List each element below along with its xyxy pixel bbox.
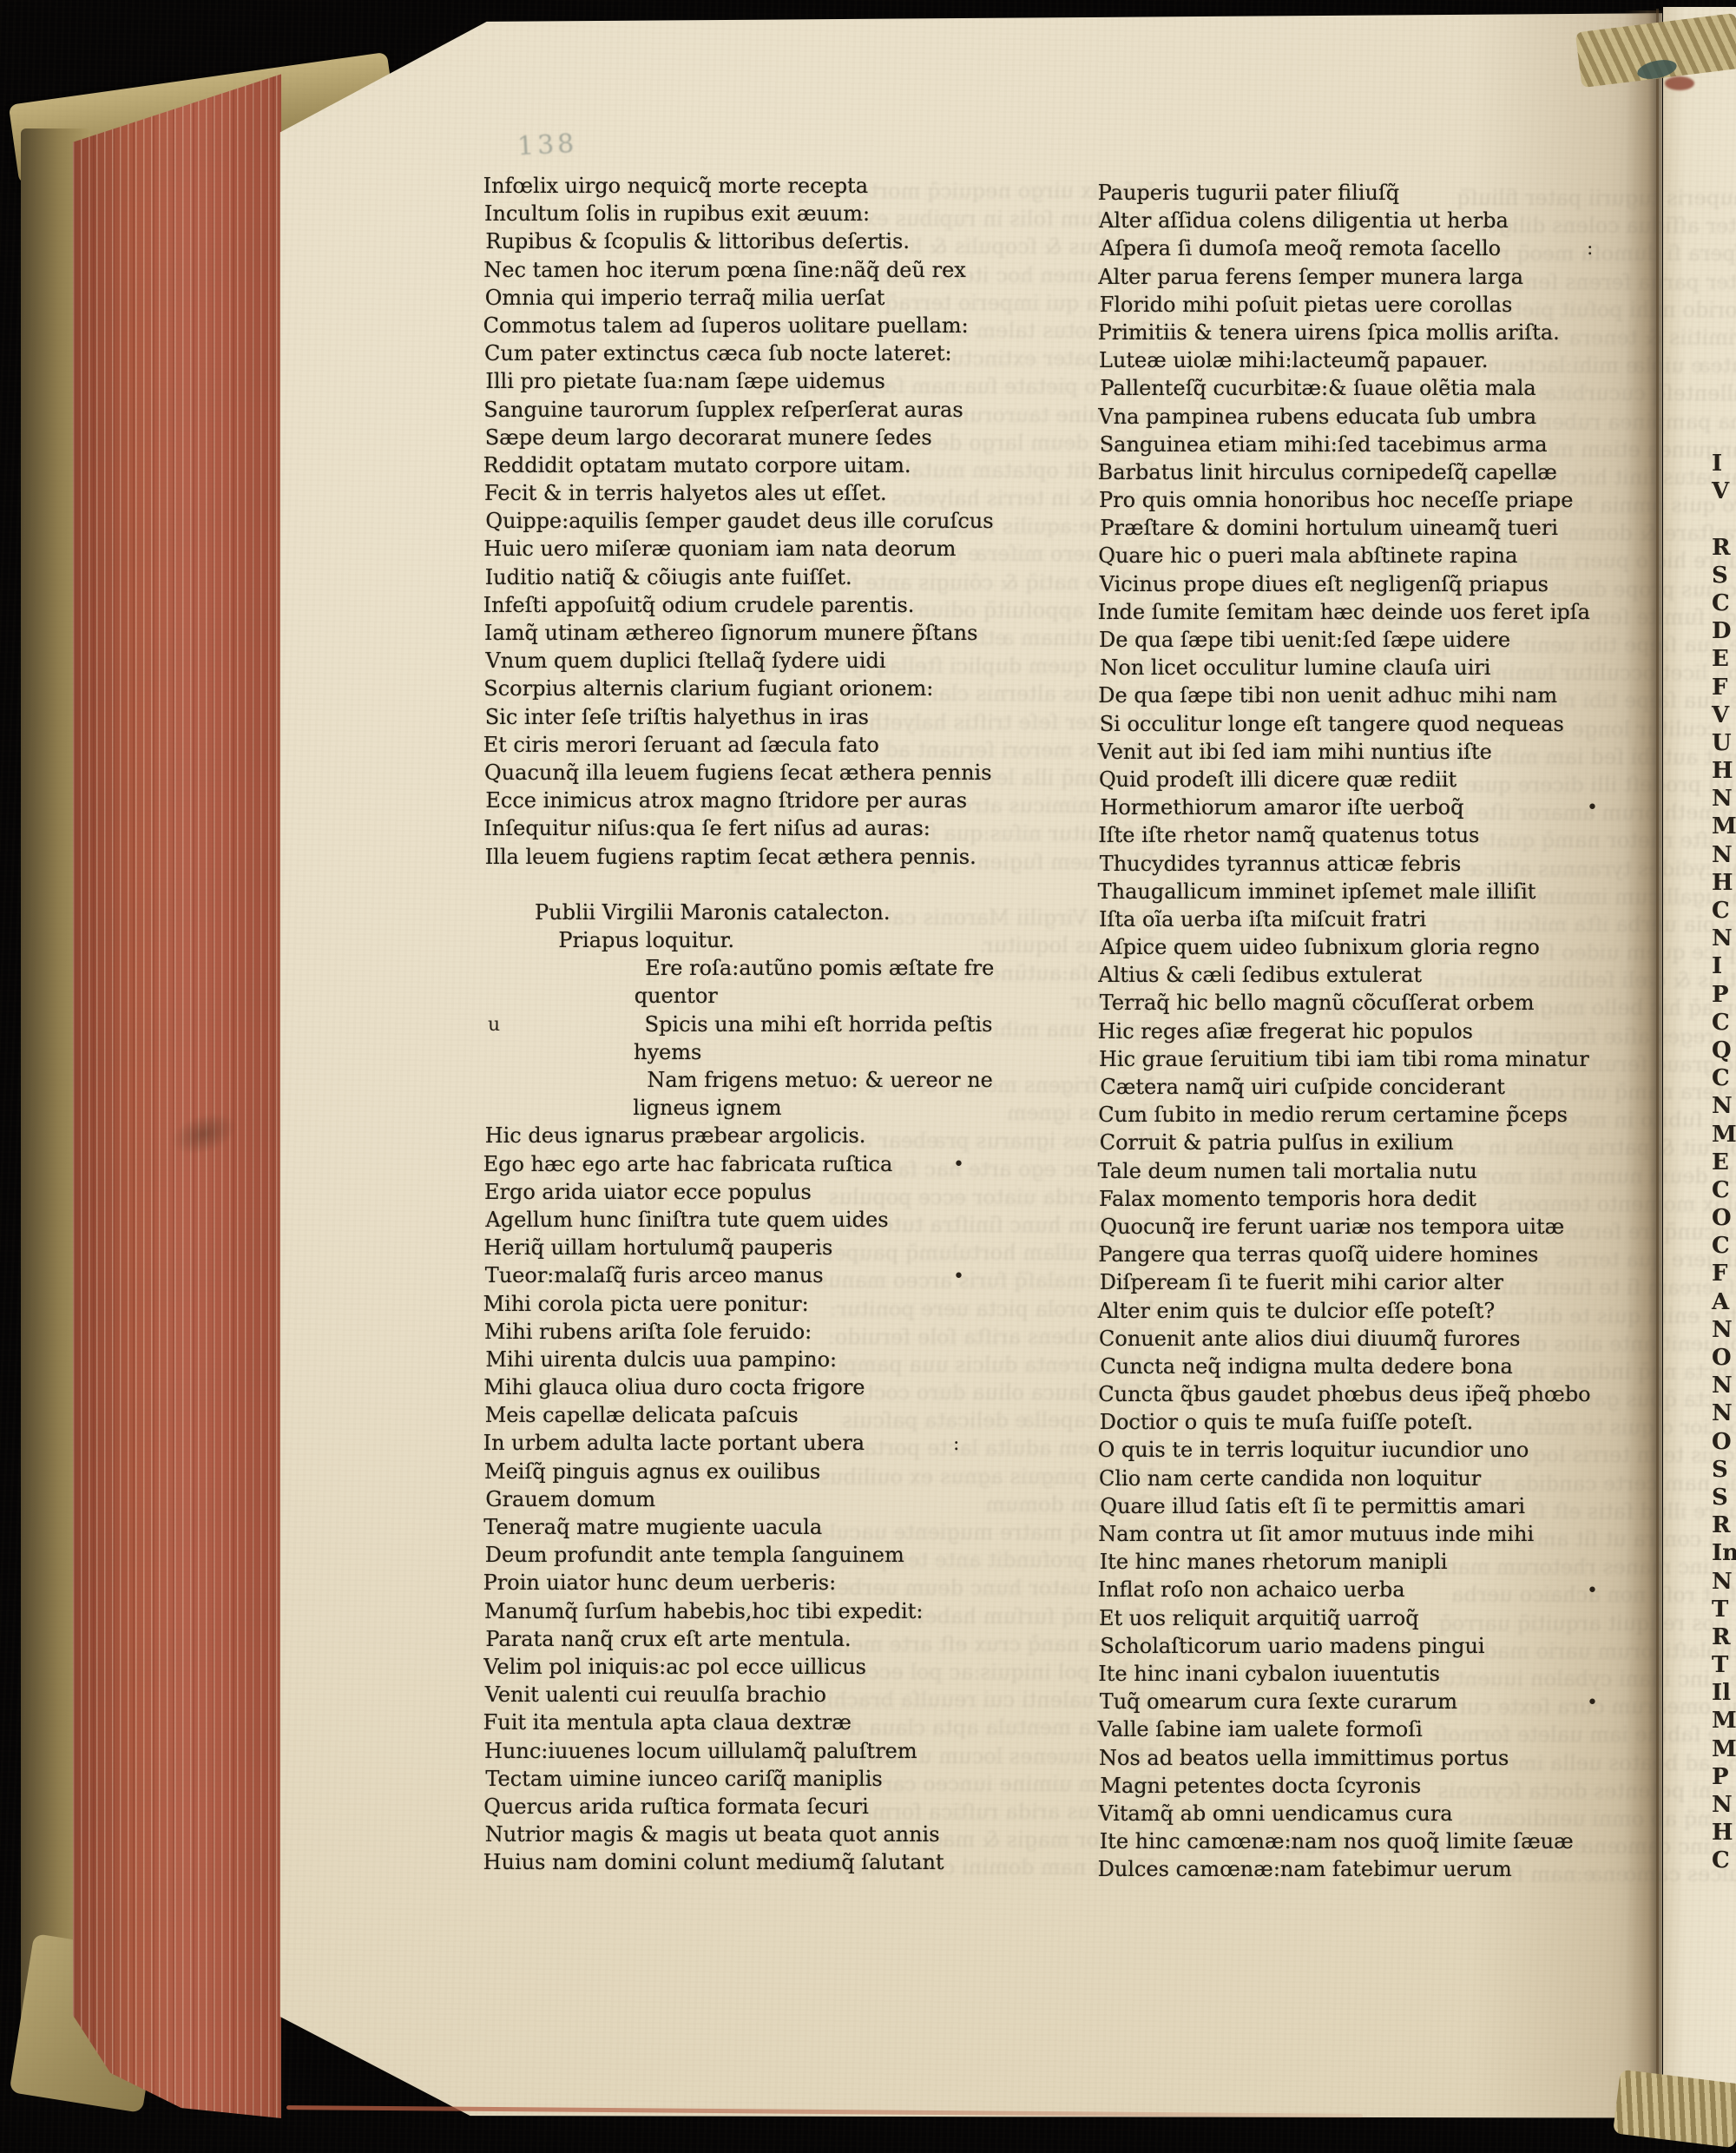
verse-line: Mihi glauca oliua duro cocta frigore <box>483 1373 1043 1401</box>
verse-line: Alter parua ferens ſemper munera larga <box>1098 263 1647 291</box>
verse-line: Alter aſſidua colens diligentia ut herba <box>1099 207 1647 234</box>
verse-line: Mihi rubens ariſta ſole feruido: <box>484 1318 1044 1346</box>
verse-line: Infeſti appoſuitq̃ odium crudele parenti… <box>483 591 1043 619</box>
verse-line: Quippe:aquilis ſemper gaudet deus ille c… <box>485 507 1045 535</box>
verse-line: Pro quis omnia honoribus hoc neceſſe pri… <box>1099 486 1647 514</box>
verse-line: Velim pol iniquis:ac pol ecce uillicus <box>483 1653 1043 1681</box>
cut-off-letter: O <box>1712 1428 1736 1456</box>
cut-off-letter: N <box>1712 1399 1736 1427</box>
verse-line: Mihi uirenta dulcis uua pampino: <box>485 1346 1045 1373</box>
gutter-crease <box>1656 9 1659 2127</box>
cut-off-letter: E <box>1712 1149 1736 1176</box>
verse-line: Inde ſumite ſemitam hæc deinde uos feret… <box>1098 598 1647 626</box>
verse-line: Ere roſa:autũno pomis æſtate fre <box>483 954 1043 982</box>
verse-line: Magni petentes docta ſcyronis <box>1100 1772 1648 1800</box>
verse-line: Hormethiorum amaror iſte uerboq̃ <box>1100 793 1648 821</box>
cut-off-letter <box>1712 505 1736 533</box>
verse-line: Nos ad beatos uella immittimus portus <box>1099 1744 1647 1772</box>
verse-line: Quacunq̃ illa leuem fugiens ſecat æthera… <box>484 759 1044 787</box>
verse-line: Tuq̃ omearum cura ſexte curarum <box>1100 1688 1648 1715</box>
verse-line: Sæpe deum largo decorarat munere ſedes <box>485 424 1045 451</box>
margin-mark: u <box>488 1014 500 1036</box>
verse-line: Pangere qua terras quoſq̃ uidere homines <box>1098 1241 1647 1268</box>
verse-line: Ite hinc inani cybalon iuuentutis <box>1098 1660 1647 1688</box>
verse-line: Ite hinc camœnæ:nam nos quoq̃ limite ſæu… <box>1100 1827 1648 1855</box>
verse-line: Et ciris merori ſeruant ad ſæcula fato <box>483 731 1043 759</box>
verse-line: Si occulitur longe eſt tangere quod nequ… <box>1100 710 1648 738</box>
cut-off-letter: I <box>1712 952 1736 980</box>
verse-line: Cætera namq̃ uiri cuſpide conciderant <box>1100 1073 1648 1101</box>
verse-line: Ecce inimicus atrox magno ſtridore per a… <box>485 787 1045 814</box>
verse-line: Quid prodeſt illi dicere quæ rediit <box>1099 766 1647 793</box>
verse-line: Ergo arida uiator ecce populus <box>484 1178 1044 1206</box>
verse-line: Ite hinc manes rhetorum manipli <box>1100 1548 1648 1576</box>
verse-line: Cuncta neq̃ indigna multa dedere bona <box>1100 1353 1648 1380</box>
verse-line: Sic inter ſeſe triſtis halyethus in iras <box>485 703 1045 731</box>
verse-line: Cum ſubito in medio rerum certamine p̃ce… <box>1098 1101 1647 1129</box>
verse-line: Quare illud ſatis eſt ſi te permittis am… <box>1100 1492 1648 1520</box>
verse-line: Non licet occulitur lumine clauſa uiri <box>1100 654 1648 681</box>
cut-off-letter: P <box>1712 981 1736 1009</box>
margin-mark: • <box>953 1266 964 1287</box>
cut-off-letter: R <box>1712 534 1736 562</box>
cut-off-letter: S <box>1712 1456 1736 1484</box>
verse-line: hyems <box>484 1038 1044 1066</box>
heading-line: Publii Virgilii Maronis catalecton. <box>484 899 1044 926</box>
verse-line: Tale deum numen tali mortalia nutu <box>1098 1157 1647 1185</box>
margin-mark: : <box>953 1433 959 1455</box>
verse-line: Hic graue ſeruitium tibi iam tibi roma m… <box>1099 1045 1647 1073</box>
cut-off-letter: T <box>1712 1651 1736 1679</box>
verse-line: Venit ualenti cui reuulſa brachio <box>485 1681 1045 1709</box>
verse-line: Huius nam domini colunt mediumq̃ ſalutan… <box>483 1848 1043 1876</box>
verse-line: Scholaſticorum uario madens pingui <box>1100 1632 1648 1660</box>
next-page-edge-letters: IVRSCDEFVUHNMNHCNIPCQCNMECOCFANONNOSSRIn… <box>1712 450 1736 1875</box>
verse-line: Proin uiator hunc deum uerberis: <box>483 1569 1043 1597</box>
verse-line: Pallenteſq̃ cucurbitæ:& ſuaue olẽtia mal… <box>1100 374 1648 402</box>
verse-line: Sanguine taurorum ſupplex reſperſerat au… <box>483 396 1043 424</box>
cut-off-letter: Q <box>1712 1037 1736 1064</box>
cut-off-letter: V <box>1712 701 1736 729</box>
verse-line: Incultum ſolis in rupibus exit æuum: <box>484 200 1044 227</box>
verse-line: ligneus ignem <box>483 1094 1043 1122</box>
verse-line: Luteæ uiolæ mihi:lacteumq̃ papauer. <box>1099 346 1647 374</box>
cut-off-letter: C <box>1712 1232 1736 1260</box>
verse-line: Quercus arida ruſtica formata ſecuri <box>483 1793 1043 1821</box>
verse-line: Aſpera ſi dumoſa meoq̃ remota ſacello <box>1100 234 1648 262</box>
verse-line: Scorpius alternis clarium fugiant orione… <box>483 675 1043 702</box>
verse-line: O quis te in terris loquitur iucundior u… <box>1098 1436 1647 1464</box>
book-photo: 138 Infœlix uirgo nequicq̃ morte recepta… <box>0 0 1736 2153</box>
verse-line: Præſtare & domini hortulum uineamq̃ tuer… <box>1100 514 1648 542</box>
margin-mark: • <box>953 1154 964 1175</box>
cut-off-letter: C <box>1712 1176 1736 1204</box>
verse-line: Vicinus prope diues eſt negligenſq̃ pria… <box>1100 570 1648 598</box>
verse-line: Thaugallicum imminet ipſemet male illiſi… <box>1098 878 1647 905</box>
margin-mark: • <box>1587 1692 1598 1714</box>
cut-off-letter: M <box>1712 1735 1736 1763</box>
verse-line: Nec tamen hoc iterum pœna ſine:nãq̃ deũ … <box>483 256 1043 284</box>
cut-off-letter: E <box>1712 645 1736 673</box>
cut-off-letter: I <box>1712 450 1736 477</box>
verse-line: Valle ſabine iam ualete formoſi <box>1098 1715 1647 1743</box>
cut-off-letter: C <box>1712 589 1736 617</box>
cut-off-letter: F <box>1712 1260 1736 1287</box>
verse-line: Grauem domum <box>485 1485 1045 1513</box>
verse-line: Heriq̃ uillam hortulumq̃ pauperis <box>483 1234 1043 1261</box>
verse-line: Quare hic o pueri mala abſtinete rapina <box>1098 542 1647 570</box>
verse-line: Florido mihi poſuit pietas uere corollas <box>1100 291 1648 319</box>
cut-off-letter: N <box>1712 785 1736 813</box>
verse-line: Huic uero miſeræ quoniam iam nata deorum <box>483 535 1043 563</box>
cut-off-letter: Il <box>1712 1679 1736 1707</box>
margin-mark: • <box>1587 1580 1598 1602</box>
cut-off-letter: N <box>1712 925 1736 952</box>
cut-off-letter: F <box>1712 674 1736 701</box>
verse-line: Quocunq̃ ire ferunt uariæ nos tempora ui… <box>1100 1213 1648 1241</box>
cut-off-letter: H <box>1712 869 1736 897</box>
verse-line: Iſte iſte rhetor namq̃ quatenus totus <box>1098 821 1647 849</box>
cut-off-letter: H <box>1712 1819 1736 1847</box>
verse-line: Omnia qui imperio terraq̃ milia uerſat <box>485 284 1045 312</box>
verse-line: Inflat roſo non achaico uerba <box>1098 1576 1647 1603</box>
verse-line: Rupibus & ſcopulis & littoribus deſertis… <box>485 227 1045 255</box>
cut-off-letter: In <box>1712 1539 1736 1567</box>
cut-off-letter: R <box>1712 1623 1736 1651</box>
verse-line: Spicis una mihi eſt horrida peſtis <box>483 1011 1043 1038</box>
verse-line: Terraq̃ hic bello magnũ cõcuſſerat orbem <box>1100 989 1648 1017</box>
verse-line: Hic deus ignarus præbear argolicis. <box>485 1122 1045 1149</box>
cut-off-letter: N <box>1712 841 1736 869</box>
verse-line: Meis capellæ delicata paſcuis <box>485 1401 1045 1429</box>
verse-line: Infœlix uirgo nequicq̃ morte recepta <box>483 172 1043 200</box>
verse-line: Iuditio natiq̃ & cõiugis ante fuiſſet. <box>485 563 1045 591</box>
fore-edge-pages <box>73 56 281 2118</box>
verse-line: Hunc:iuuenes locum uillulamq̃ paluſtrem <box>484 1737 1044 1765</box>
verse-line: Corruit & patria pulſus in exilium <box>1100 1129 1648 1156</box>
verse-line: Thucydides tyrannus atticæ febris <box>1100 850 1648 878</box>
verse-line: Vnum quem duplici ſtellaq̃ ſydere uidi <box>485 647 1045 675</box>
verse-line: Deum profundit ante templa ſanguinem <box>485 1541 1045 1569</box>
pencil-folio-number: 138 <box>516 128 578 162</box>
verse-line: Cuncta q̃bus gaudet phœbus deus ip̃eq̃ p… <box>1098 1380 1647 1408</box>
verse-line: quentor <box>485 982 1045 1010</box>
verse-line: Mihi corola picta uere ponitur: <box>483 1290 1043 1318</box>
verse-line: Illa leuem fugiens raptim ſecat æthera p… <box>485 843 1045 871</box>
verse-line: Inſequitur niſus:qua ſe fert niſus ad au… <box>483 814 1043 842</box>
cut-off-letter: S <box>1712 562 1736 589</box>
right-text-column: Pauperis tugurii pater filiuſq̃Alter aſſ… <box>1099 179 1647 1883</box>
verse-line: Sanguinea etiam mihi:ſed tacebimus arma <box>1100 431 1648 458</box>
cut-off-letter: A <box>1712 1288 1736 1316</box>
cut-off-letter: N <box>1712 1372 1736 1399</box>
verse-line: Illi pro pietate ſua:nam ſæpe uidemus <box>485 367 1045 395</box>
cut-off-letter: P <box>1712 1763 1736 1791</box>
verse-line: Iamq̃ utinam æthereo ſignorum munere p̃ſ… <box>484 619 1044 647</box>
cut-off-letter: U <box>1712 729 1736 757</box>
cut-off-letter: N <box>1712 1092 1736 1120</box>
cut-off-letter: M <box>1712 1121 1736 1149</box>
verse-line: Vna pampinea rubens educata ſub umbra <box>1098 403 1647 431</box>
cut-off-letter: R <box>1712 1511 1736 1539</box>
verse-line: Meiſq̃ pinguis agnus ex ouilibus <box>484 1458 1044 1485</box>
verse-line: Altius & cæli ſedibus extulerat <box>1098 961 1647 989</box>
cut-off-letter: C <box>1712 1064 1736 1092</box>
verse-line: Primitiis & tenera uirens ſpica mollis a… <box>1098 319 1647 346</box>
verse-line <box>483 871 1043 899</box>
verse-line: Venit aut ibi ſed iam mihi nuntius iſte <box>1098 738 1647 766</box>
tailband <box>1613 2070 1736 2149</box>
cut-off-letter: O <box>1712 1344 1736 1372</box>
verse-line: Iſta oĩa uerba iſta miſcuit fratri <box>1099 905 1647 933</box>
verse-line: Fuit ita mentula apta claua dextræ <box>483 1709 1043 1736</box>
verse-line: Vitamq̃ ab omni uendicamus cura <box>1098 1800 1647 1827</box>
verse-line: De qua ſæpe tibi non uenit adhuc mihi na… <box>1098 681 1647 709</box>
left-text-column: Infœlix uirgo nequicq̃ morte receptaIncu… <box>484 172 1044 1876</box>
verse-line: Reddidit optatam mutato corpore uitam. <box>483 451 1043 479</box>
verse-line: Diſpeream ſi te fuerit mihi carior alter <box>1100 1268 1648 1296</box>
cut-off-letter: T <box>1712 1596 1736 1623</box>
verse-line: Cum pater extinctus cæca ſub nocte later… <box>484 339 1044 367</box>
verse-line: Doctior o quis te muſa fuiſſe poteſt. <box>1100 1408 1648 1436</box>
cut-off-letter: M <box>1712 813 1736 840</box>
cut-off-letter: C <box>1712 1847 1736 1874</box>
cut-off-letter: N <box>1712 1791 1736 1819</box>
margin-mark: : <box>1587 238 1593 260</box>
verse-line: Conuenit ante alios diui diuumq̃ furores <box>1099 1325 1647 1353</box>
verse-line: Falax momento temporis hora dedit <box>1099 1185 1647 1213</box>
verse-line: Commotus talem ad ſuperos uolitare puell… <box>483 312 1043 339</box>
cut-off-letter: V <box>1712 477 1736 505</box>
heading-line: Priapus loquitur. <box>485 926 1045 954</box>
verse-line: Barbatus linit hirculus cornipedeſq̃ cap… <box>1098 458 1647 486</box>
verse-line: Teneraq̃ matre mugiente uacula <box>483 1513 1043 1541</box>
cut-off-letter: H <box>1712 757 1736 785</box>
verse-line: Agellum hunc ſiniſtra tute quem uides <box>485 1206 1045 1234</box>
verse-line: Hic reges aſiæ fregerat hic populos <box>1098 1017 1647 1045</box>
verse-line: Pauperis tugurii pater filiuſq̃ <box>1098 179 1647 207</box>
verse-line: De qua ſæpe tibi uenit:ſed ſæpe uidere <box>1099 626 1647 654</box>
cut-off-letter: N <box>1712 1568 1736 1596</box>
verse-line: Parata nanq̃ crux eſt arte mentula. <box>485 1625 1045 1653</box>
cut-off-letter: D <box>1712 617 1736 645</box>
cut-off-letter: M <box>1712 1707 1736 1735</box>
cut-off-letter: C <box>1712 897 1736 925</box>
verse-line: Nam frigens metuo: & uereor ne <box>485 1066 1045 1094</box>
verse-line: Tectam uimine iunceo cariſq̃ maniplis <box>485 1765 1045 1793</box>
verse-line: Dulces camœnæ:nam fatebimur uerum <box>1098 1855 1647 1883</box>
verse-line: Fecit & in terris halyetos ales ut eſſet… <box>484 479 1044 507</box>
verse-line: Alter enim quis te dulcior eſſe poteſt? <box>1098 1297 1647 1325</box>
headband-red-stain <box>1665 76 1694 90</box>
verse-line: Et uos reliquit arquitiq̃ uarroq̃ <box>1099 1604 1647 1632</box>
verse-line: Aſpice quem uideo ſubnixum gloria regno <box>1100 933 1648 961</box>
margin-mark: • <box>1587 797 1598 819</box>
cut-off-letter: S <box>1712 1484 1736 1511</box>
verse-line: Clio nam certe candida non loquitur <box>1099 1465 1647 1492</box>
cut-off-letter: N <box>1712 1316 1736 1344</box>
verse-line: Nam contra ut ſit amor mutuus inde mihi <box>1098 1520 1647 1548</box>
verse-line: Manumq̃ ſurſum habebis,hoc tibi expedit: <box>484 1597 1044 1625</box>
cut-off-letter: O <box>1712 1204 1736 1232</box>
verse-line: Nutrior magis & magis ut beata quot anni… <box>485 1821 1045 1848</box>
cut-off-letter: C <box>1712 1009 1736 1037</box>
